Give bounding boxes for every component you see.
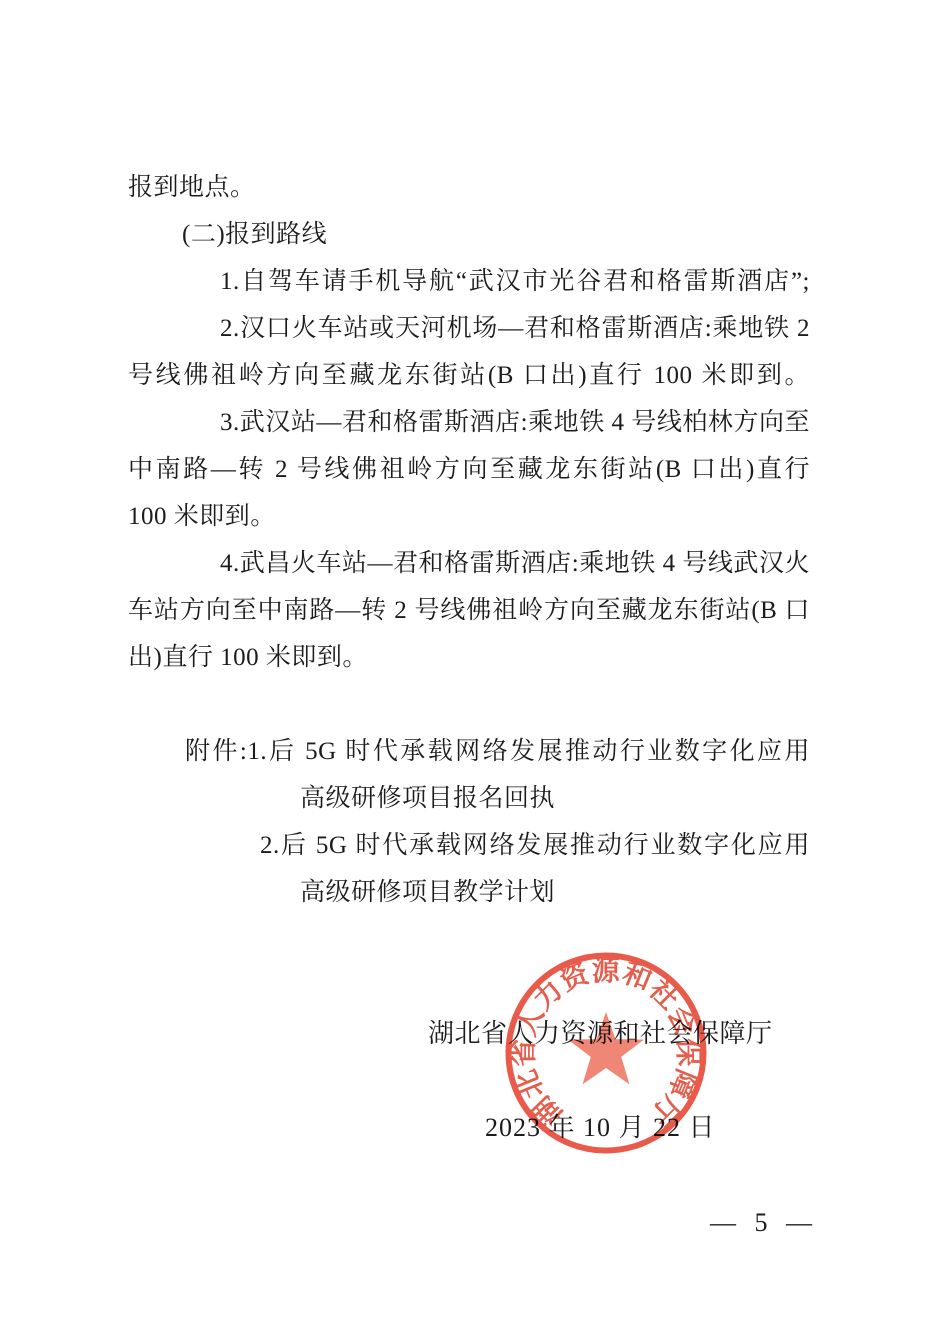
body-line: 2.后 5G 时代承载网络发展推动行业数字化应用 [128, 822, 810, 869]
body-line: 3.武汉站—君和格雷斯酒店:乘地铁 4 号线柏林方向至 [128, 399, 810, 446]
document-body: 报到地点。(二)报到路线1.自驾车请手机导航“武汉市光谷君和格雷斯酒店”;2.汉… [128, 164, 810, 916]
issuing-agency-signature: 湖北省人力资源和社会保障厅 [428, 1016, 773, 1052]
body-line: (二)报到路线 [128, 211, 810, 258]
body-line: 号线佛祖岭方向至藏龙东街站(B 口出)直行 100 米即到。 [128, 352, 810, 399]
body-line: 高级研修项目教学计划 [128, 869, 810, 916]
page-number: — 5 — [710, 1206, 812, 1240]
body-line: 100 米即到。 [128, 493, 810, 540]
body-line: 1.自驾车请手机导航“武汉市光谷君和格雷斯酒店”; [128, 258, 810, 305]
body-line: 高级研修项目报名回执 [128, 775, 810, 822]
body-line: 报到地点。 [128, 164, 810, 211]
issue-date: 2023 年 10 月 22 日 [485, 1110, 716, 1146]
document-page: 报到地点。(二)报到路线1.自驾车请手机导航“武汉市光谷君和格雷斯酒店”;2.汉… [0, 0, 934, 1325]
body-line: 附件:1.后 5G 时代承载网络发展推动行业数字化应用 [128, 728, 810, 775]
body-line: 4.武昌火车站—君和格雷斯酒店:乘地铁 4 号线武汉火 [128, 540, 810, 587]
body-line: 出)直行 100 米即到。 [128, 634, 810, 681]
body-line: 车站方向至中南路—转 2 号线佛祖岭方向至藏龙东街站(B 口 [128, 587, 810, 634]
body-line: 2.汉口火车站或天河机场—君和格雷斯酒店:乘地铁 2 [128, 305, 810, 352]
body-line: 中南路—转 2 号线佛祖岭方向至藏龙东街站(B 口出)直行 [128, 446, 810, 493]
